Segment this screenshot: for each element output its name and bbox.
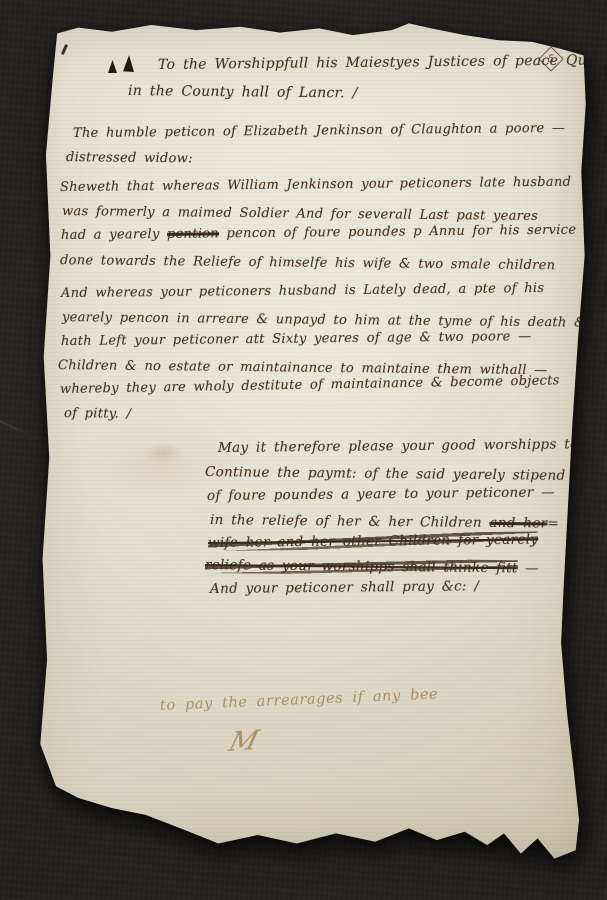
body-line-1: Sheweth that whereas William Jenkinson y… (60, 175, 571, 195)
prayer-line-1: May it therefore please your good worshi… (218, 436, 600, 456)
ink-blot-icon (123, 55, 134, 72)
text-segment: had a yearely (61, 227, 167, 243)
ink-blot-icon (108, 60, 117, 73)
struck-text: reliefe as your worshipps shall thinke f… (205, 557, 518, 576)
struck-text: wife her and her other Children for year… (208, 532, 538, 551)
body-line-3: had a yearely pention pencon of foure po… (61, 223, 576, 243)
text-segment: pencon of foure poundes p Annu for his s… (219, 223, 576, 242)
text-segment: in the reliefe of her & her Children (210, 512, 490, 531)
struck-text: and her (489, 515, 547, 532)
body-line-6: yearely pencon in arreare & unpayd to hi… (62, 310, 586, 330)
prayer-line-5-struck: wife her and her other Children for year… (208, 532, 538, 551)
clerk-flourish-mark: M (226, 725, 262, 758)
prayer-line-4: in the reliefe of her & her Children and… (210, 512, 559, 532)
text-segment: = (547, 516, 559, 532)
body-line-9: whereby they are wholy destitute of main… (60, 373, 560, 397)
prayer-line-3: of foure poundes a yeare to your peticon… (207, 484, 555, 504)
body-line-2: was formerly a maimed Soldier And for se… (62, 204, 538, 224)
body-line-10: of pitty. / (64, 406, 131, 422)
salutation-line-2: distressed widow: (66, 150, 193, 166)
struck-text: pention (167, 226, 219, 242)
heading-line-1: To the Worshippfull his Maiestyes Justic… (158, 52, 607, 73)
prayer-line-6-struck: reliefe as your worshipps shall thinke f… (205, 557, 539, 576)
body-line-7: hath Left your peticoner att Sixty yeare… (61, 329, 532, 349)
manuscript-photo: { "photo": { "background_color": "#24222… (0, 0, 607, 900)
prayer-line-7: And your peticoner shall pray &c: / (210, 578, 479, 597)
body-line-4: done towards the Reliefe of himselfe his… (60, 253, 555, 273)
text-segment: — (518, 560, 540, 576)
manuscript-paper: 5 To the Worshippfull his Maiestyes Just… (28, 20, 588, 862)
body-line-5: And whereas your peticoners husband is L… (61, 281, 544, 301)
clerk-note: to pay the arrearages if any bee (160, 686, 439, 714)
prayer-line-2: Continue the paymt: of the said yearely … (205, 464, 566, 484)
heading-line-2: in the County hall of Lancr. / (128, 83, 358, 101)
salutation-line-1: The humble peticon of Elizabeth Jenkinso… (73, 121, 565, 141)
ink-stroke-mark (61, 44, 68, 55)
paper-sheet: 5 To the Worshippfull his Maiestyes Just… (28, 20, 588, 862)
